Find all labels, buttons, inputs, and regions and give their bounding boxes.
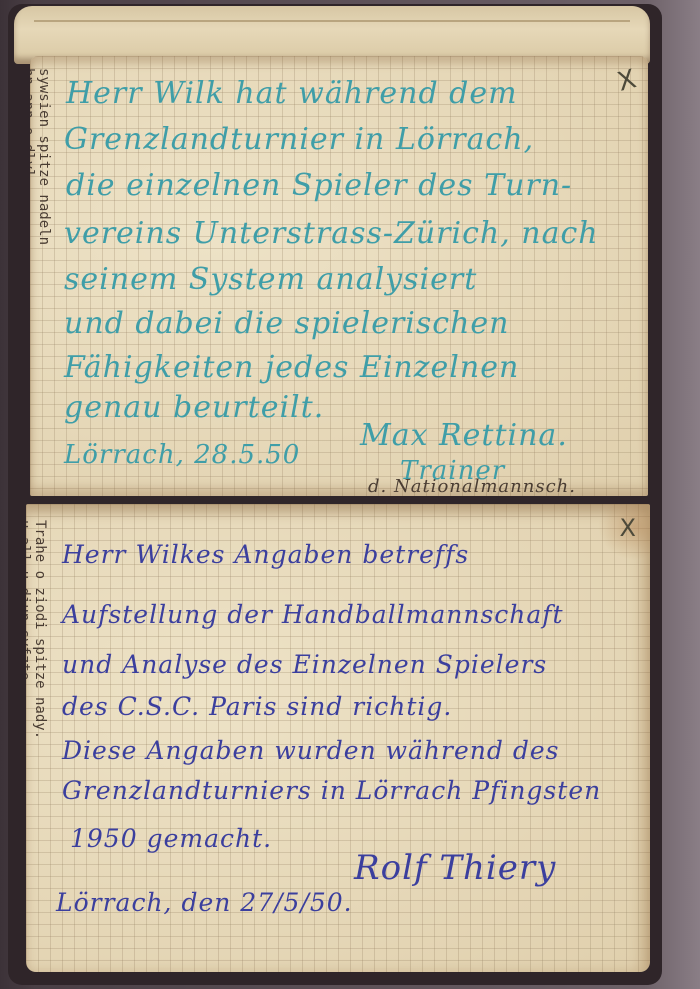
place-date: Lörrach, den 27/5/50.	[56, 888, 353, 917]
x-mark-icon: X	[620, 514, 636, 542]
margin-note-line-1: sywsien spitze nadeln	[36, 68, 52, 245]
signer-note: d. Nationalmannsch.	[368, 476, 576, 496]
text-line: vereins Unterstrass-Zürich, nach	[64, 216, 599, 251]
text-line: Fähigkeiten jedes Einzelnen	[64, 350, 519, 385]
text-line: Herr Wilkes Angaben betreffs	[62, 540, 469, 569]
margin-note-line-2: hn ann o dlyl.	[30, 68, 36, 186]
text-line: Grenzlandturniers in Lörrach Pfingsten	[62, 776, 601, 805]
text-line: Herr Wilk hat während dem	[66, 76, 518, 111]
bottom-page: X Trahe o ziodi spitze nady. u all u diu…	[26, 504, 650, 972]
signature: Rolf Thiery	[354, 848, 556, 888]
text-line: und dabei die spielerischen	[64, 306, 509, 341]
margin-note-line-1: Trahe o ziodi spitze nady.	[32, 520, 48, 739]
margin-note-line-2: u all u diun syfzte.	[26, 520, 32, 689]
top-page: X sywsien spitze nadeln hn ann o dlyl. H…	[30, 56, 648, 496]
text-line: des C.S.C. Paris sind richtig.	[62, 692, 452, 721]
x-mark-icon: X	[615, 64, 640, 98]
text-line: und Analyse des Einzelnen Spielers	[62, 650, 547, 679]
text-line: Aufstellung der Handballmannschaft	[62, 600, 564, 629]
text-line: Grenzlandturnier in Lörrach,	[64, 122, 534, 157]
text-line: seinem System analysiert	[64, 262, 477, 297]
signature: Max Rettina.	[360, 418, 568, 453]
place-date: Lörrach, 28.5.50	[64, 440, 300, 470]
text-line: die einzelnen Spieler des Turn-	[66, 168, 572, 203]
text-line: genau beurteilt.	[64, 390, 324, 425]
text-line: 1950 gemacht.	[70, 824, 272, 853]
text-line: Diese Angaben wurden während des	[62, 736, 559, 765]
